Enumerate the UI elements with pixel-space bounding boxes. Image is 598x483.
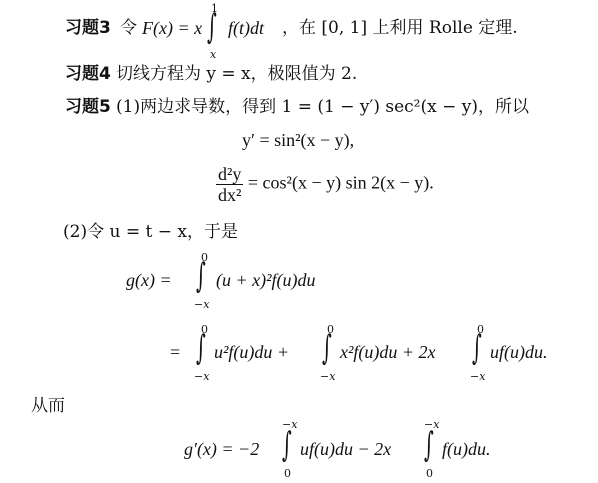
exercise-3-label: 习题3 [65, 20, 111, 37]
g-row2-t1-integrand: u²f(u)du + [214, 343, 289, 361]
g-row2-t2-integrand: x²f(u)du + 2x [340, 343, 436, 361]
gp-t1-integrand: uf(u)du − 2x [300, 440, 391, 458]
integral-sign: ∫ [196, 331, 206, 365]
exercise-4-label: 习题4 [65, 66, 111, 83]
g-row1-lower: −x [194, 299, 209, 310]
exercise-3-integrand: f(t)dt [228, 19, 264, 37]
exercise-3-intro: 令 [120, 20, 137, 37]
exercise-3-int-lower: x [210, 49, 216, 60]
g-row2-t3-lower: −x [470, 371, 485, 382]
g-lhs: g(x) = [126, 271, 172, 289]
fraction-d2y-dx2: d²y dx² [216, 165, 243, 204]
integral-sign: ∫ [196, 259, 206, 293]
exercise-4-text: 切线方程为 y = x，极限值为 2. [116, 66, 357, 83]
integral-sign: ∫ [207, 10, 217, 44]
integral-sign: ∫ [424, 428, 434, 462]
exercise-5-label: 习题5 [65, 99, 111, 116]
exercise-3-tail: ，在 [0, 1] 上利用 Rolle 定理. [282, 20, 518, 37]
g-row2-t3-integrand: uf(u)du. [490, 343, 548, 361]
gp-t2-integrand: f(u)du. [442, 440, 491, 458]
g-row2-t1-lower: −x [194, 371, 209, 382]
integral-sign: ∫ [472, 331, 482, 365]
g-row1-integrand: (u + x)²f(u)du [216, 271, 316, 289]
g-prime-lhs: g′(x) = −2 [184, 440, 259, 458]
equation-second-derivative: d²y dx² = cos²(x − y) sin 2(x − y). [216, 165, 434, 204]
g-row2-eq: = [170, 343, 180, 361]
g-row2-t2-lower: −x [320, 371, 335, 382]
fraction-numerator: d²y [216, 165, 243, 185]
integral-sign: ∫ [322, 331, 332, 365]
equation-y-prime: y′ = sin²(x − y), [242, 131, 354, 149]
exercise-5-part1-text: (1)两边求导数，得到 1 = (1 − y′) sec²(x − y)，所以 [116, 99, 529, 116]
integral-sign: ∫ [282, 428, 292, 462]
exercise-3-lhs: F(x) = x [142, 19, 202, 37]
gp-t1-lower: 0 [284, 468, 291, 479]
thus-text: 从而 [31, 398, 65, 415]
exercise-5-part2-text: (2)令 u = t − x，于是 [63, 224, 238, 241]
equation-rhs: = cos²(x − y) sin 2(x − y). [248, 173, 434, 193]
gp-t2-lower: 0 [426, 468, 433, 479]
fraction-denominator: dx² [216, 185, 243, 204]
